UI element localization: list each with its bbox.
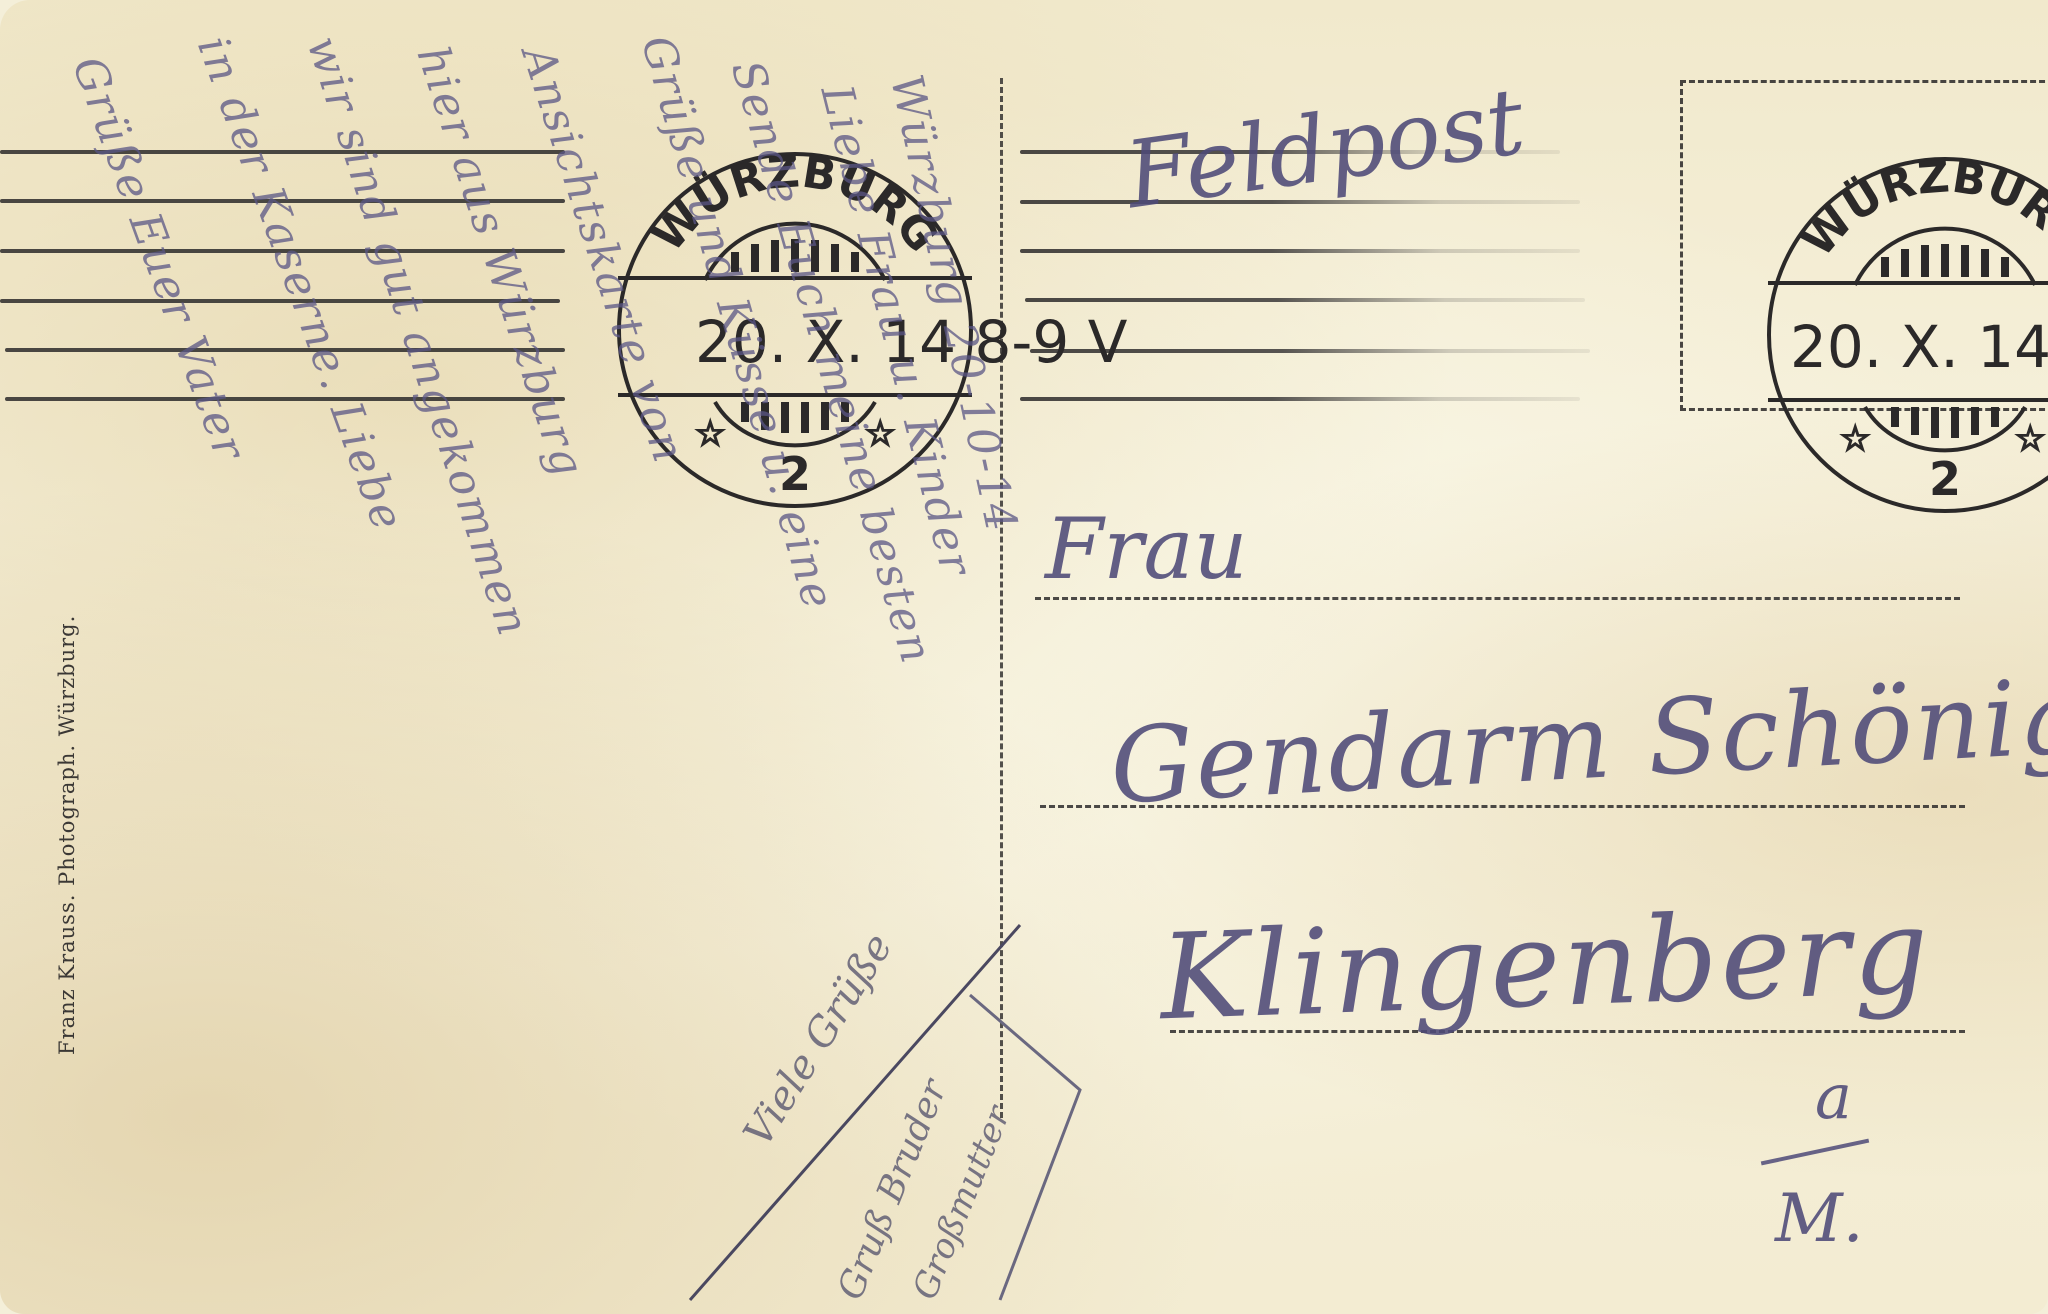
star-icon: ☆ — [1840, 419, 1870, 459]
address-suffix-top: a — [1815, 1060, 1852, 1133]
postmark-right-city: WÜRZBURG — [1793, 151, 2048, 266]
postcard: 20. X. 14 8-9 V WÜRZBURG 2 ☆ ☆ 20. X. 14… — [0, 0, 2048, 1314]
address-city: Klingenberg — [1158, 882, 1934, 1047]
feldpost-header: Feldpost — [1120, 68, 1531, 230]
postmark-right: 20. X. 14 8-9 WÜRZBURG 2 ☆ ☆ — [1760, 145, 2048, 525]
star-icon: ☆ — [2015, 419, 2045, 459]
postmark-right-date: 20. X. 14 8-9 — [1790, 313, 2048, 381]
address-name: Gendarm Schönig — [1107, 655, 2048, 828]
address-salutation: Frau — [1045, 500, 1248, 598]
printer-imprint: Franz Krauss. Photograph. Würzburg. — [55, 615, 79, 1055]
fraction-bar — [1761, 1139, 1869, 1166]
address-suffix-bottom: M. — [1775, 1180, 1864, 1257]
star-icon: ☆ — [695, 414, 725, 454]
postmark-right-office: 2 — [1929, 452, 1961, 506]
